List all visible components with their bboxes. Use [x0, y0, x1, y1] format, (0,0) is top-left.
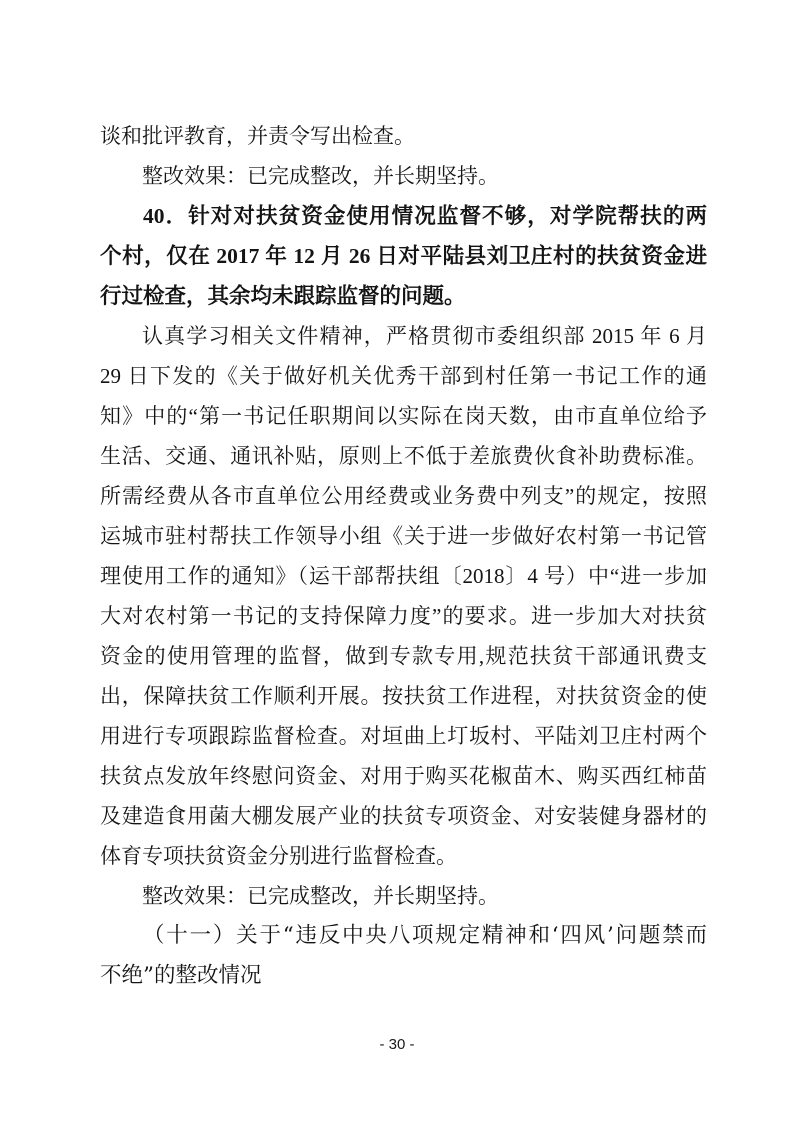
text-line: 认真学习相关文件精神，严格贯彻市委组织部 2015 年 6 月 — [100, 316, 707, 356]
paragraph-rectification-effect-2: 整改效果：已完成整改，并长期坚持。 — [100, 876, 707, 916]
text-line: 资金的使用管理的监督，做到专款专用,规范扶贫干部通讯费支 — [100, 636, 707, 676]
text-line: 出，保障扶贫工作顺利开展。按扶贫工作进程，对扶贫资金的使 — [100, 676, 707, 716]
document-page: 谈和批评教育，并责令写出检查。 整改效果：已完成整改，并长期坚持。 40．针对对… — [0, 0, 794, 1123]
page-body: 谈和批评教育，并责令写出检查。 整改效果：已完成整改，并长期坚持。 40．针对对… — [100, 116, 707, 996]
heading-issue-40: 40．针对对扶贫资金使用情况监督不够，对学院帮扶的两 个村，仅在 2017 年 … — [100, 196, 707, 316]
paragraph-continuation: 谈和批评教育，并责令写出检查。 — [100, 116, 707, 156]
text-line: 整改效果：已完成整改，并长期坚持。 — [100, 156, 707, 196]
text-line: 40．针对对扶贫资金使用情况监督不够，对学院帮扶的两 — [100, 196, 707, 236]
heading-section-11: （十一）关于“违反中央八项规定精神和‘四风’问题禁而 不绝”的整改情况 — [100, 916, 707, 996]
text-line: 不绝”的整改情况 — [100, 956, 707, 996]
text-line: 扶贫点发放年终慰问资金、对用于购买花椒苗木、购买西红柿苗 — [100, 756, 707, 796]
text-line: 整改效果：已完成整改，并长期坚持。 — [100, 876, 707, 916]
text-line: 个村，仅在 2017 年 12 月 26 日对平陆县刘卫庄村的扶贫资金进 — [100, 236, 707, 276]
text-line: 行过检查，其余均未跟踪监督的问题。 — [100, 276, 707, 316]
text-line: 运城市驻村帮扶工作领导小组《关于进一步做好农村第一书记管 — [100, 516, 707, 556]
text-line: 大对农村第一书记的支持保障力度”的要求。进一步加大对扶贫 — [100, 596, 707, 636]
text-line: 体育专项扶贫资金分别进行监督检查。 — [100, 836, 707, 876]
text-line: 生活、交通、通讯补贴，原则上不低于差旅费伙食补助费标准。 — [100, 436, 707, 476]
text-line: 用进行专项跟踪监督检查。对垣曲上圢坂村、平陆刘卫庄村两个 — [100, 716, 707, 756]
text-line: 及建造食用菌大棚发展产业的扶贫专项资金、对安装健身器材的 — [100, 796, 707, 836]
text-line: （十一）关于“违反中央八项规定精神和‘四风’问题禁而 — [100, 916, 707, 956]
text-line: 理使用工作的通知》（运干部帮扶组〔2018〕4 号）中“进一步加 — [100, 556, 707, 596]
paragraph-rectification-measures: 认真学习相关文件精神，严格贯彻市委组织部 2015 年 6 月 29 日下发的《… — [100, 316, 707, 876]
text-line: 29 日下发的《关于做好机关优秀干部到村任第一书记工作的通 — [100, 356, 707, 396]
page-number: - 30 - — [0, 1036, 794, 1053]
text-line: 知》中的“第一书记任职期间以实际在岗天数，由市直单位给予 — [100, 396, 707, 436]
paragraph-rectification-effect-1: 整改效果：已完成整改，并长期坚持。 — [100, 156, 707, 196]
text-line: 谈和批评教育，并责令写出检查。 — [100, 116, 707, 156]
text-line: 所需经费从各市直单位公用经费或业务费中列支”的规定，按照 — [100, 476, 707, 516]
